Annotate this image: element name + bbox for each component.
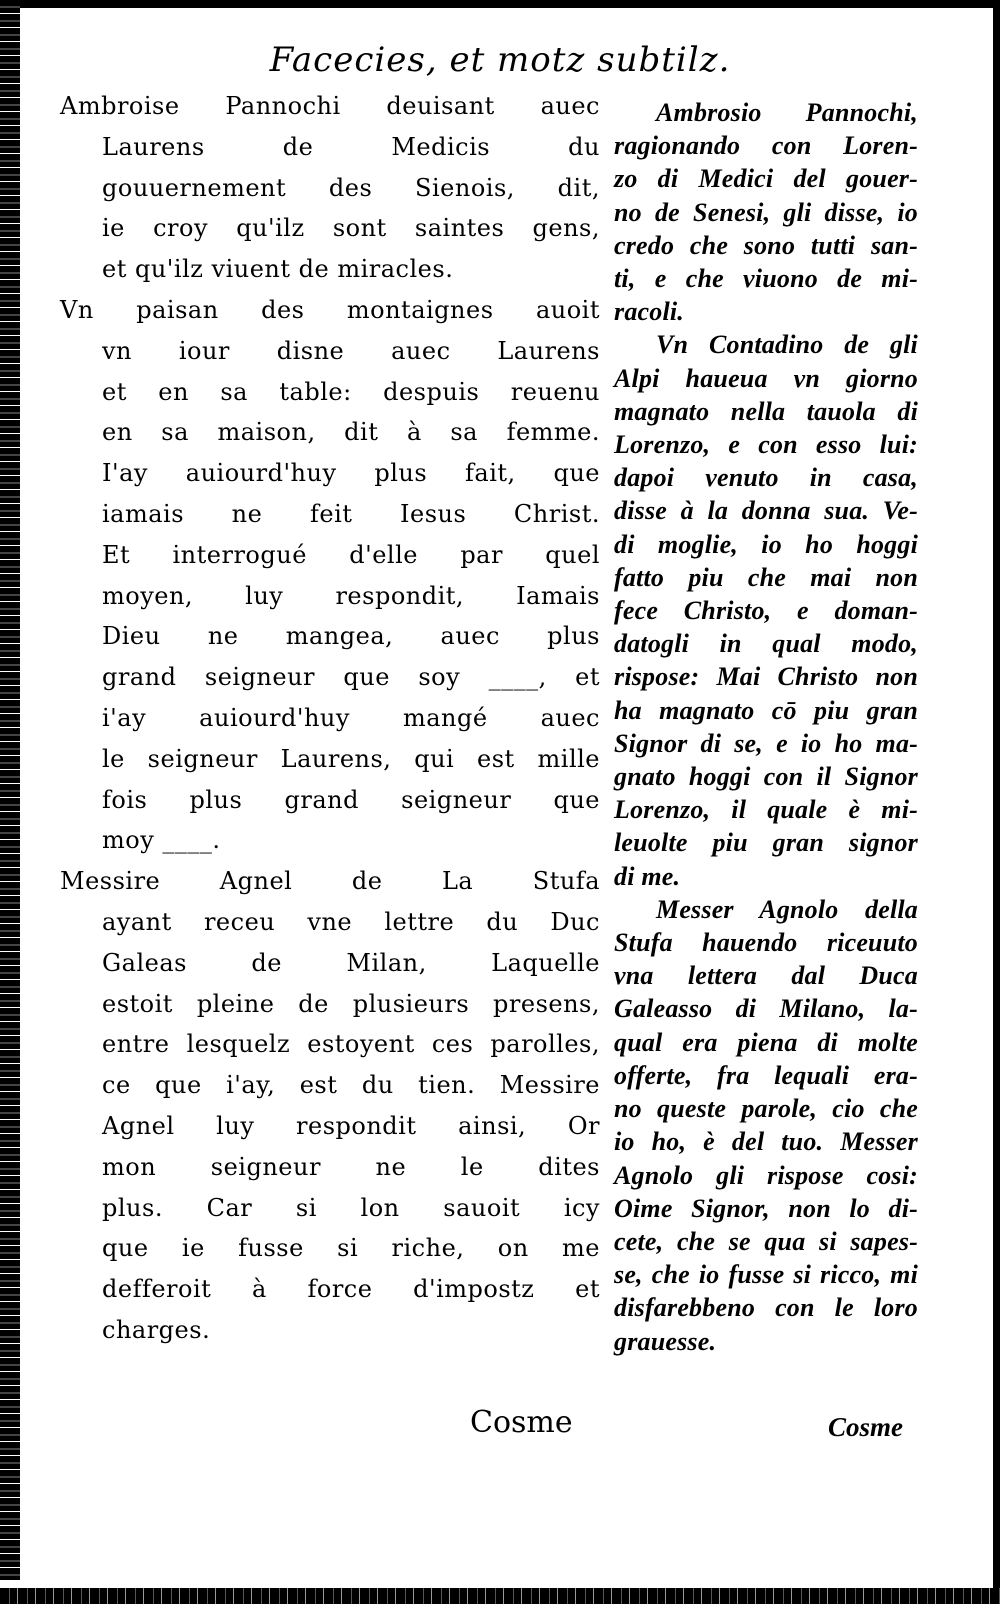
text-line: Dieu ne mangea, auec plus (60, 616, 600, 657)
text-line: i'ay auiourd'huy mangé auec (60, 698, 600, 739)
text-line: Signor di se, e io ho ma- (614, 727, 918, 760)
text-line: rispose: Mai Christo non (614, 660, 918, 693)
text-line: credo che sono tutti san- (614, 229, 918, 262)
text-line: charges. (60, 1310, 600, 1351)
text-line: defferoit à force d'impostz et (60, 1269, 600, 1310)
text-line: magnato nella tauola di (614, 395, 918, 428)
text-line: et qu'ilz viuent de miracles. (60, 249, 600, 290)
scan-border-top (0, 0, 1000, 8)
text-line: no de Senesi, gli disse, io (614, 196, 918, 229)
text-line: fois plus grand seigneur que (60, 780, 600, 821)
text-line: di moglie, io ho hoggi (614, 528, 918, 561)
text-line: io ho, è del tuo. Messer (614, 1125, 918, 1158)
text-line: gouuernement des Sienois, dit, (60, 168, 600, 209)
text-line: leuolte piu gran signor (614, 826, 918, 859)
text-line: disfarebbeno con le loro (614, 1291, 918, 1324)
paragraph: Ambrosio Pannochi,ragionando con Loren-z… (614, 96, 918, 328)
text-line: offerte, fra lequali era- (614, 1059, 918, 1092)
french-column: Ambroise Pannochi deuisant auecLaurens d… (60, 86, 600, 1351)
text-line: qual era piena di molte (614, 1026, 918, 1059)
text-line: Laurens de Medicis du (60, 127, 600, 168)
text-line: Galeasso di Milano, la- (614, 992, 918, 1025)
text-line: Galeas de Milan, Laquelle (60, 943, 600, 984)
text-line: Et interrogué d'elle par quel (60, 535, 600, 576)
text-line: Oime Signor, non lo di- (614, 1192, 918, 1225)
text-line: ie croy qu'ilz sont saintes gens, (60, 208, 600, 249)
text-line: moy ____. (60, 820, 600, 861)
text-line: iamais ne feit Iesus Christ. (60, 494, 600, 535)
catchword-italian: Cosme (828, 1412, 903, 1443)
text-line: fece Christo, e doman- (614, 594, 918, 627)
text-line: no queste parole, cio che (614, 1092, 918, 1125)
scan-border-right (993, 0, 1000, 1600)
text-line: I'ay auiourd'huy plus fait, que (60, 453, 600, 494)
italian-column: Ambrosio Pannochi,ragionando con Loren-z… (614, 96, 918, 1358)
text-line: racoli. (614, 295, 918, 328)
text-line: estoit pleine de plusieurs presens, (60, 984, 600, 1025)
text-line: ha magnato cō piu gran (614, 694, 918, 727)
text-line: fatto piu che mai non (614, 561, 918, 594)
text-line: zo di Medici del gouer- (614, 162, 918, 195)
text-line: plus. Car si lon sauoit icy (60, 1188, 600, 1229)
text-line: Agnolo gli rispose cosi: (614, 1159, 918, 1192)
text-line: Agnel luy respondit ainsi, Or (60, 1106, 600, 1147)
text-line: Ambrosio Pannochi, (614, 96, 918, 129)
text-line: Vn Contadino de gli (614, 328, 918, 361)
text-line: ayant receu vne lettre du Duc (60, 902, 600, 943)
text-line: vn iour disne auec Laurens (60, 331, 600, 372)
text-line: ragionando con Loren- (614, 129, 918, 162)
catchword-french: Cosme (470, 1405, 573, 1440)
text-line: le seigneur Laurens, qui est mille (60, 739, 600, 780)
text-line: Vn paisan des montaignes auoit (60, 290, 600, 331)
text-line: que ie fusse si riche, on me (60, 1228, 600, 1269)
text-line: gnato hoggi con il Signor (614, 760, 918, 793)
text-line: ce que i'ay, est du tien. Messire (60, 1065, 600, 1106)
text-line: entre lesquelz estoyent ces parolles, (60, 1024, 600, 1065)
text-line: et en sa table: despuis reuenu (60, 372, 600, 413)
text-line: Lorenzo, il quale è mi- (614, 793, 918, 826)
text-line: Messire Agnel de La Stufa (60, 861, 600, 902)
text-line: datogli in qual modo, (614, 627, 918, 660)
paragraph: Messire Agnel de La Stufaayant receu vne… (60, 861, 600, 1351)
text-line: vna lettera dal Duca (614, 959, 918, 992)
text-line: Stufa hauendo riceuuto (614, 926, 918, 959)
scan-border-left (0, 0, 20, 1580)
text-line: dapoi venuto in casa, (614, 461, 918, 494)
paragraph: Vn Contadino de gliAlpi haueua vn giorno… (614, 328, 918, 892)
text-line: Lorenzo, e con esso lui: (614, 428, 918, 461)
paragraph: Ambroise Pannochi deuisant auecLaurens d… (60, 86, 600, 290)
paragraph: Messer Agnolo dellaStufa hauendo riceuut… (614, 893, 918, 1358)
text-line: Messer Agnolo della (614, 893, 918, 926)
text-line: en sa maison, dit à sa femme. (60, 412, 600, 453)
text-line: grauesse. (614, 1325, 918, 1358)
running-head: Facecies, et motz subtilz. (0, 40, 1000, 80)
text-line: grand seigneur que soy ____, et (60, 657, 600, 698)
text-line: moyen, luy respondit, Iamais (60, 576, 600, 617)
text-line: di me. (614, 860, 918, 893)
text-line: Ambroise Pannochi deuisant auec (60, 86, 600, 127)
paragraph: Vn paisan des montaignes auoitvn iour di… (60, 290, 600, 861)
scan-border-bottom (0, 1588, 1000, 1604)
text-line: se, che io fusse si ricco, mi (614, 1258, 918, 1291)
text-line: mon seigneur ne le dites (60, 1147, 600, 1188)
text-line: ti, e che viuono de mi- (614, 262, 918, 295)
text-line: disse à la donna sua. Ve- (614, 494, 918, 527)
text-line: cete, che se qua si sapes- (614, 1225, 918, 1258)
text-line: Alpi haueua vn giorno (614, 362, 918, 395)
